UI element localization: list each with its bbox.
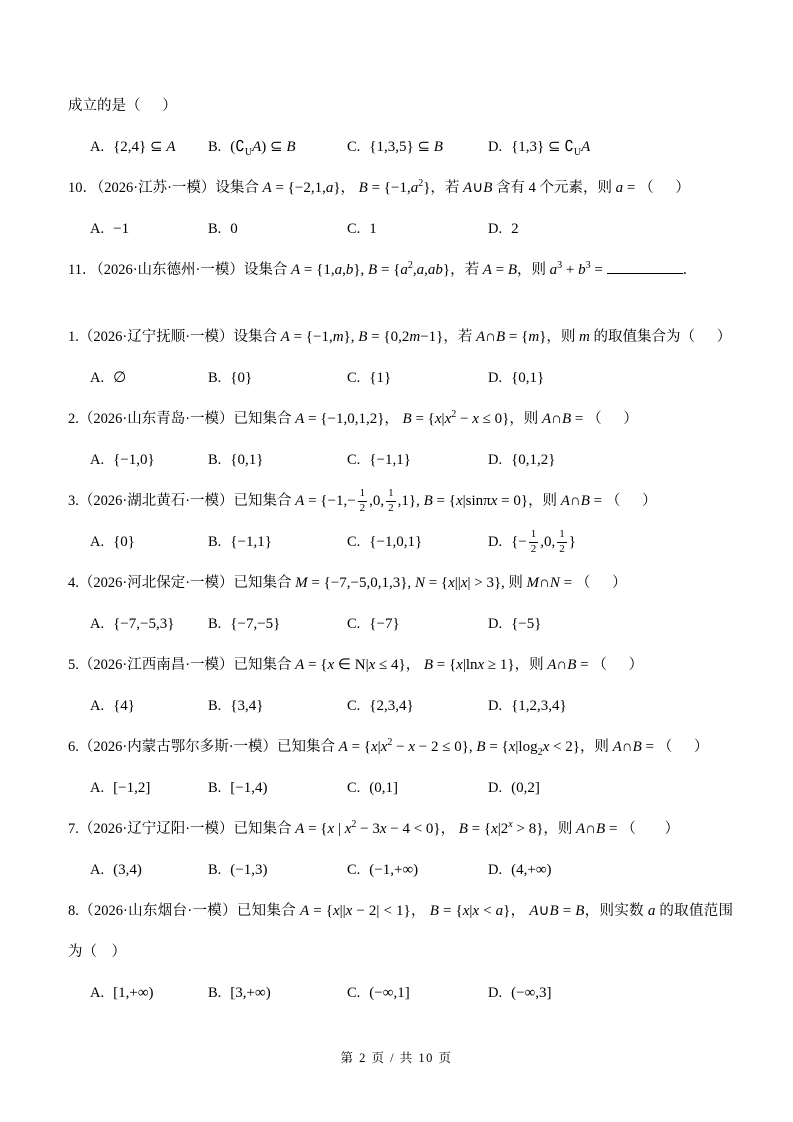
option-c: C.{1,3,5} ⊆ B — [347, 127, 488, 168]
option-c: C.1 — [347, 209, 488, 250]
option-value: {−1,1} — [369, 452, 411, 468]
option-label: D. — [488, 780, 502, 796]
question-stem: 10．（2026·江苏·一模）设集合 A = {−2,1,a}， B = {−1… — [68, 168, 733, 209]
option-a: A.{−1,0} — [90, 440, 208, 481]
question-stem: 3.（2026·湖北黄石·一模）已知集合 A = {−1,−12,0,12,1}… — [68, 481, 733, 522]
option-label: D. — [488, 139, 502, 155]
option-d: D.{1,3} ⊆ ∁UA — [488, 127, 733, 168]
question-stem: 1.（2026·辽宁抚顺·一模）设集合 A = {−1,m}, B = {0,2… — [68, 317, 733, 358]
option-value: {−1,0,1} — [369, 534, 422, 550]
question-8: 8.（2026·山东烟台·一模）已知集合 A = {x||x − 2| < 1}… — [68, 891, 733, 1014]
option-c: C.(−1,+∞) — [347, 850, 488, 891]
option-label: C. — [347, 139, 360, 155]
option-value: (0,1] — [369, 780, 398, 796]
option-value: {1} — [369, 370, 391, 386]
question-10: 10．（2026·江苏·一模）设集合 A = {−2,1,a}， B = {−1… — [68, 168, 733, 250]
option-value: [−1,2] — [113, 780, 150, 796]
options-row: A.[1,+∞) B.[3,+∞) C.(−∞,1] D.(−∞,3] — [68, 973, 733, 1014]
option-a: A.(3,4) — [90, 850, 208, 891]
worksheet-page: { "page": {"background": "#ffffff", "tex… — [0, 0, 793, 1122]
option-label: C. — [347, 534, 360, 550]
option-label: D. — [488, 370, 502, 386]
option-label: A. — [90, 780, 104, 796]
option-value: {−12,0,12} — [511, 534, 576, 550]
option-label: C. — [347, 616, 360, 632]
option-value: {−7,−5,3} — [113, 616, 174, 632]
option-value: ∅ — [113, 370, 126, 386]
question-continuation: 成立的是（ ） A.{2,4} ⊆ A B.(∁UA) ⊆ B C.{1,3,5… — [68, 86, 733, 168]
option-value: {4} — [113, 698, 135, 714]
option-value: {0,1} — [230, 452, 263, 468]
options-row: A.{4} B.{3,4} C.{2,3,4} D.{1,2,3,4} — [68, 686, 733, 727]
option-label: A. — [90, 139, 104, 155]
option-label: D. — [488, 221, 502, 237]
option-d: D.{0,1,2} — [488, 440, 733, 481]
option-label: D. — [488, 985, 502, 1001]
option-b: B.[3,+∞) — [208, 973, 347, 1014]
option-value: {1,3} ⊆ ∁UA — [511, 139, 590, 155]
option-c: C.{−1,0,1} — [347, 522, 488, 563]
option-value: (−∞,3] — [511, 985, 551, 1001]
option-label: D. — [488, 616, 502, 632]
option-value: 1 — [369, 221, 377, 237]
option-value: (∁UA) ⊆ B — [230, 139, 295, 155]
option-value: {0} — [230, 370, 252, 386]
page-number-text: 第 2 页 / 共 10 页 — [341, 1051, 453, 1065]
question-stem: 8.（2026·山东烟台·一模）已知集合 A = {x||x − 2| < 1}… — [68, 891, 733, 973]
question-2: 2.（2026·山东青岛·一模）已知集合 A = {−1,0,1,2}， B =… — [68, 399, 733, 481]
option-value: 2 — [511, 221, 519, 237]
options-row: A.−1 B.0 C.1 D.2 — [68, 209, 733, 250]
option-c: C.{−1,1} — [347, 440, 488, 481]
option-label: B. — [208, 370, 221, 386]
option-a: A.∅ — [90, 358, 208, 399]
question-1: 1.（2026·辽宁抚顺·一模）设集合 A = {−1,m}, B = {0,2… — [68, 317, 733, 399]
option-a: A.[1,+∞) — [90, 973, 208, 1014]
option-b: B.{−1,1} — [208, 522, 347, 563]
question-stem: 2.（2026·山东青岛·一模）已知集合 A = {−1,0,1,2}， B =… — [68, 399, 733, 440]
question-7: 7.（2026·辽宁辽阳·一模）已知集合 A = {x | x2 − 3x − … — [68, 809, 733, 891]
question-stem: 11．（2026·山东德州·一模）设集合 A = {1,a,b}, B = {a… — [68, 250, 733, 291]
question-stem: 4.（2026·河北保定·一模）已知集合 M = {−7,−5,0,1,3}, … — [68, 563, 733, 604]
option-a: A.{0} — [90, 522, 208, 563]
option-value: 0 — [230, 221, 238, 237]
options-row: A.{−1,0} B.{0,1} C.{−1,1} D.{0,1,2} — [68, 440, 733, 481]
option-value: (3,4) — [113, 862, 142, 878]
option-value: (−1,+∞) — [369, 862, 418, 878]
option-value: {0,1} — [511, 370, 544, 386]
question-3: 3.（2026·湖北黄石·一模）已知集合 A = {−1,−12,0,12,1}… — [68, 481, 733, 563]
option-value: {−7} — [369, 616, 399, 632]
option-label: A. — [90, 534, 104, 550]
option-label: C. — [347, 862, 360, 878]
option-value: (−1,3) — [230, 862, 267, 878]
option-value: {3,4} — [230, 698, 263, 714]
option-value: −1 — [113, 221, 129, 237]
option-value: {0} — [113, 534, 135, 550]
option-c: C.{−7} — [347, 604, 488, 645]
option-label: A. — [90, 452, 104, 468]
option-label: C. — [347, 452, 360, 468]
option-label: B. — [208, 534, 221, 550]
option-value: [3,+∞) — [230, 985, 270, 1001]
option-b: B.(∁UA) ⊆ B — [208, 127, 347, 168]
option-label: B. — [208, 862, 221, 878]
option-b: B.(−1,3) — [208, 850, 347, 891]
option-b: B.0 — [208, 209, 347, 250]
option-value: (4,+∞) — [511, 862, 551, 878]
option-label: C. — [347, 985, 360, 1001]
option-label: C. — [347, 780, 360, 796]
option-c: C.{1} — [347, 358, 488, 399]
option-value: {−7,−5} — [230, 616, 280, 632]
options-row: A.{2,4} ⊆ A B.(∁UA) ⊆ B C.{1,3,5} ⊆ B D.… — [68, 127, 733, 168]
option-value: {1,2,3,4} — [511, 698, 567, 714]
option-label: D. — [488, 534, 502, 550]
option-label: B. — [208, 452, 221, 468]
option-d: D.{−12,0,12} — [488, 522, 733, 563]
options-row: A.∅ B.{0} C.{1} D.{0,1} — [68, 358, 733, 399]
question-stem: 5.（2026·江西南昌·一模）已知集合 A = {x ∈ N|x ≤ 4}， … — [68, 645, 733, 686]
option-d: D.(4,+∞) — [488, 850, 733, 891]
option-label: A. — [90, 221, 104, 237]
option-d: D.(0,2] — [488, 768, 733, 809]
option-b: B.{−7,−5} — [208, 604, 347, 645]
question-4: 4.（2026·河北保定·一模）已知集合 M = {−7,−5,0,1,3}, … — [68, 563, 733, 645]
option-label: A. — [90, 370, 104, 386]
option-value: (0,2] — [511, 780, 540, 796]
option-value: {−5} — [511, 616, 541, 632]
options-row: A.[−1,2] B.[−1,4) C.(0,1] D.(0,2] — [68, 768, 733, 809]
question-6: 6.（2026·内蒙古鄂尔多斯·一模）已知集合 A = {x|x2 − x − … — [68, 727, 733, 809]
option-c: C.(0,1] — [347, 768, 488, 809]
document-content: 成立的是（ ） A.{2,4} ⊆ A B.(∁UA) ⊆ B C.{1,3,5… — [0, 0, 793, 1014]
option-b: B.[−1,4) — [208, 768, 347, 809]
option-value: {2,3,4} — [369, 698, 413, 714]
option-d: D.{1,2,3,4} — [488, 686, 733, 727]
option-label: B. — [208, 221, 221, 237]
option-a: A.{−7,−5,3} — [90, 604, 208, 645]
option-label: D. — [488, 862, 502, 878]
option-label: D. — [488, 452, 502, 468]
option-label: B. — [208, 139, 221, 155]
option-label: B. — [208, 698, 221, 714]
page-footer: 第 2 页 / 共 10 页 — [0, 1048, 793, 1066]
question-stem: 7.（2026·辽宁辽阳·一模）已知集合 A = {x | x2 − 3x − … — [68, 809, 733, 850]
option-b: B.{0} — [208, 358, 347, 399]
option-label: C. — [347, 221, 360, 237]
option-c: C.{2,3,4} — [347, 686, 488, 727]
option-a: A.−1 — [90, 209, 208, 250]
option-value: {1,3,5} ⊆ B — [369, 139, 443, 155]
option-value: {0,1,2} — [511, 452, 555, 468]
option-d: D.{−5} — [488, 604, 733, 645]
options-row: A.{−7,−5,3} B.{−7,−5} C.{−7} D.{−5} — [68, 604, 733, 645]
option-label: B. — [208, 780, 221, 796]
option-d: D.(−∞,3] — [488, 973, 733, 1014]
question-stem: 6.（2026·内蒙古鄂尔多斯·一模）已知集合 A = {x|x2 − x − … — [68, 727, 733, 768]
option-value: {2,4} ⊆ A — [113, 139, 175, 155]
option-label: A. — [90, 698, 104, 714]
question-stem: 成立的是（ ） — [68, 86, 733, 127]
option-b: B.{3,4} — [208, 686, 347, 727]
option-value: {−1,1} — [230, 534, 272, 550]
option-a: A.{2,4} ⊆ A — [90, 127, 208, 168]
option-a: A.{4} — [90, 686, 208, 727]
question-11: 11．（2026·山东德州·一模）设集合 A = {1,a,b}, B = {a… — [68, 250, 733, 291]
option-label: B. — [208, 616, 221, 632]
option-value: {−1,0} — [113, 452, 155, 468]
option-label: A. — [90, 862, 104, 878]
option-label: C. — [347, 370, 360, 386]
options-row: A.{0} B.{−1,1} C.{−1,0,1} D.{−12,0,12} — [68, 522, 733, 563]
option-value: [−1,4) — [230, 780, 267, 796]
option-label: A. — [90, 616, 104, 632]
options-row: A.(3,4) B.(−1,3) C.(−1,+∞) D.(4,+∞) — [68, 850, 733, 891]
option-label: A. — [90, 985, 104, 1001]
option-label: D. — [488, 698, 502, 714]
option-label: B. — [208, 985, 221, 1001]
option-b: B.{0,1} — [208, 440, 347, 481]
option-a: A.[−1,2] — [90, 768, 208, 809]
option-value: [1,+∞) — [113, 985, 153, 1001]
question-5: 5.（2026·江西南昌·一模）已知集合 A = {x ∈ N|x ≤ 4}， … — [68, 645, 733, 727]
option-d: D.2 — [488, 209, 733, 250]
option-value: (−∞,1] — [369, 985, 409, 1001]
option-d: D.{0,1} — [488, 358, 733, 399]
option-c: C.(−∞,1] — [347, 973, 488, 1014]
option-label: C. — [347, 698, 360, 714]
